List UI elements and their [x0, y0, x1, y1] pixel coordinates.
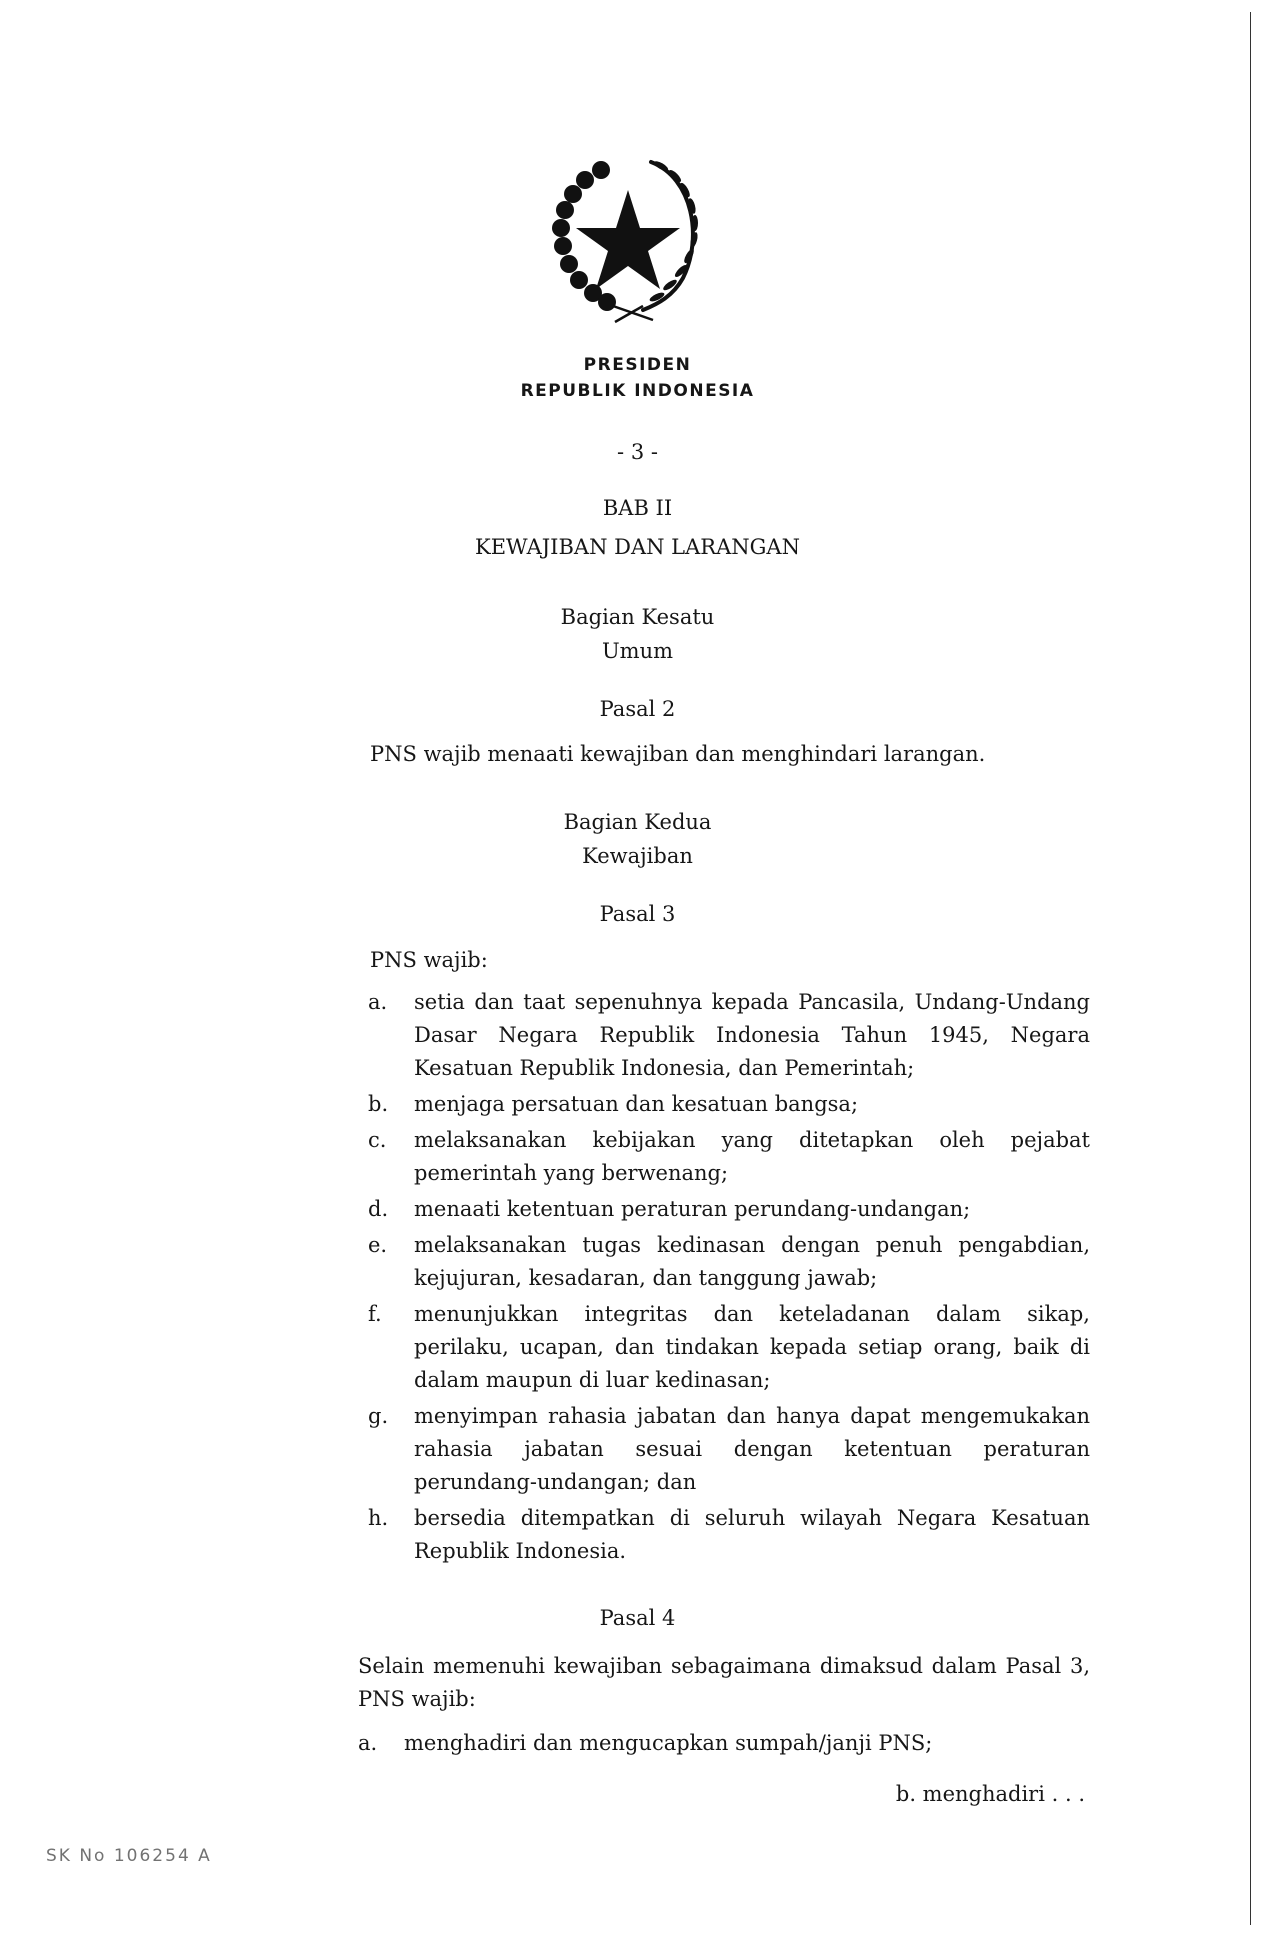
section-subtitle: Kewajiban [0, 844, 1275, 868]
page-edge-rule [1250, 12, 1251, 1925]
list-item: e. melaksanakan tugas kedinasan dengan p… [368, 1229, 1090, 1295]
list-item: b. menjaga persatuan dan kesatuan bangsa… [368, 1088, 1090, 1121]
obligations-list: a. setia dan taat sepenuhnya kepada Panc… [368, 986, 1090, 1571]
list-text: bersedia ditempatkan di seluruh wilayah … [414, 1502, 1090, 1568]
list-marker: a. [358, 1727, 404, 1760]
list-marker: a. [368, 986, 414, 1085]
list-text: menjaga persatuan dan kesatuan bangsa; [414, 1088, 1090, 1121]
chapter-title: KEWAJIBAN DAN LARANGAN [0, 535, 1275, 559]
list-item: g. menyimpan rahasia jabatan dan hanya d… [368, 1400, 1090, 1499]
list-text: menunjukkan integritas dan keteladanan d… [414, 1298, 1090, 1397]
list-item: a. menghadiri dan mengucapkan sumpah/jan… [358, 1727, 1090, 1760]
list-marker: f. [368, 1298, 414, 1397]
article-text: PNS wajib menaati kewajiban dan menghind… [370, 742, 985, 766]
continuation-marker: b. menghadiri . . . [896, 1782, 1085, 1806]
list-marker: b. [368, 1088, 414, 1121]
list-item: a. setia dan taat sepenuhnya kepada Panc… [368, 986, 1090, 1085]
page-number: - 3 - [0, 440, 1275, 464]
list-item: d. menaati ketentuan peraturan perundang… [368, 1193, 1090, 1226]
list-text: menaati ketentuan peraturan perundang-un… [414, 1193, 1090, 1226]
section-subtitle: Umum [0, 639, 1275, 663]
list-marker: e. [368, 1229, 414, 1295]
footer-document-code: SK No 106254 A [46, 1846, 212, 1866]
presidential-emblem-icon [543, 148, 713, 338]
article-title: Pasal 3 [0, 902, 1275, 926]
list-item: f. menunjukkan integritas dan keteladana… [368, 1298, 1090, 1397]
article-intro: PNS wajib: [370, 948, 488, 972]
article-title: Pasal 2 [0, 697, 1275, 721]
section-title: Bagian Kedua [0, 810, 1275, 834]
article-title: Pasal 4 [0, 1606, 1275, 1630]
list-text: setia dan taat sepenuhnya kepada Pancasi… [414, 986, 1090, 1085]
list-text: melaksanakan kebijakan yang ditetapkan o… [414, 1124, 1090, 1190]
list-text: menghadiri dan mengucapkan sumpah/janji … [404, 1727, 1090, 1760]
section-title: Bagian Kesatu [0, 605, 1275, 629]
list-marker: g. [368, 1400, 414, 1499]
list-item: h. bersedia ditempatkan di seluruh wilay… [368, 1502, 1090, 1568]
list-text: menyimpan rahasia jabatan dan hanya dapa… [414, 1400, 1090, 1499]
chapter-number: BAB II [0, 496, 1275, 520]
list-text: melaksanakan tugas kedinasan dengan penu… [414, 1229, 1090, 1295]
header-presiden: PRESIDEN [0, 355, 1275, 375]
list-marker: c. [368, 1124, 414, 1190]
list-marker: d. [368, 1193, 414, 1226]
header-republik-indonesia: REPUBLIK INDONESIA [0, 381, 1275, 401]
additional-obligations-list: a. menghadiri dan mengucapkan sumpah/jan… [358, 1727, 1090, 1763]
article-intro: Selain memenuhi kewajiban sebagaimana di… [358, 1650, 1090, 1716]
list-item: c. melaksanakan kebijakan yang ditetapka… [368, 1124, 1090, 1190]
list-marker: h. [368, 1502, 414, 1568]
